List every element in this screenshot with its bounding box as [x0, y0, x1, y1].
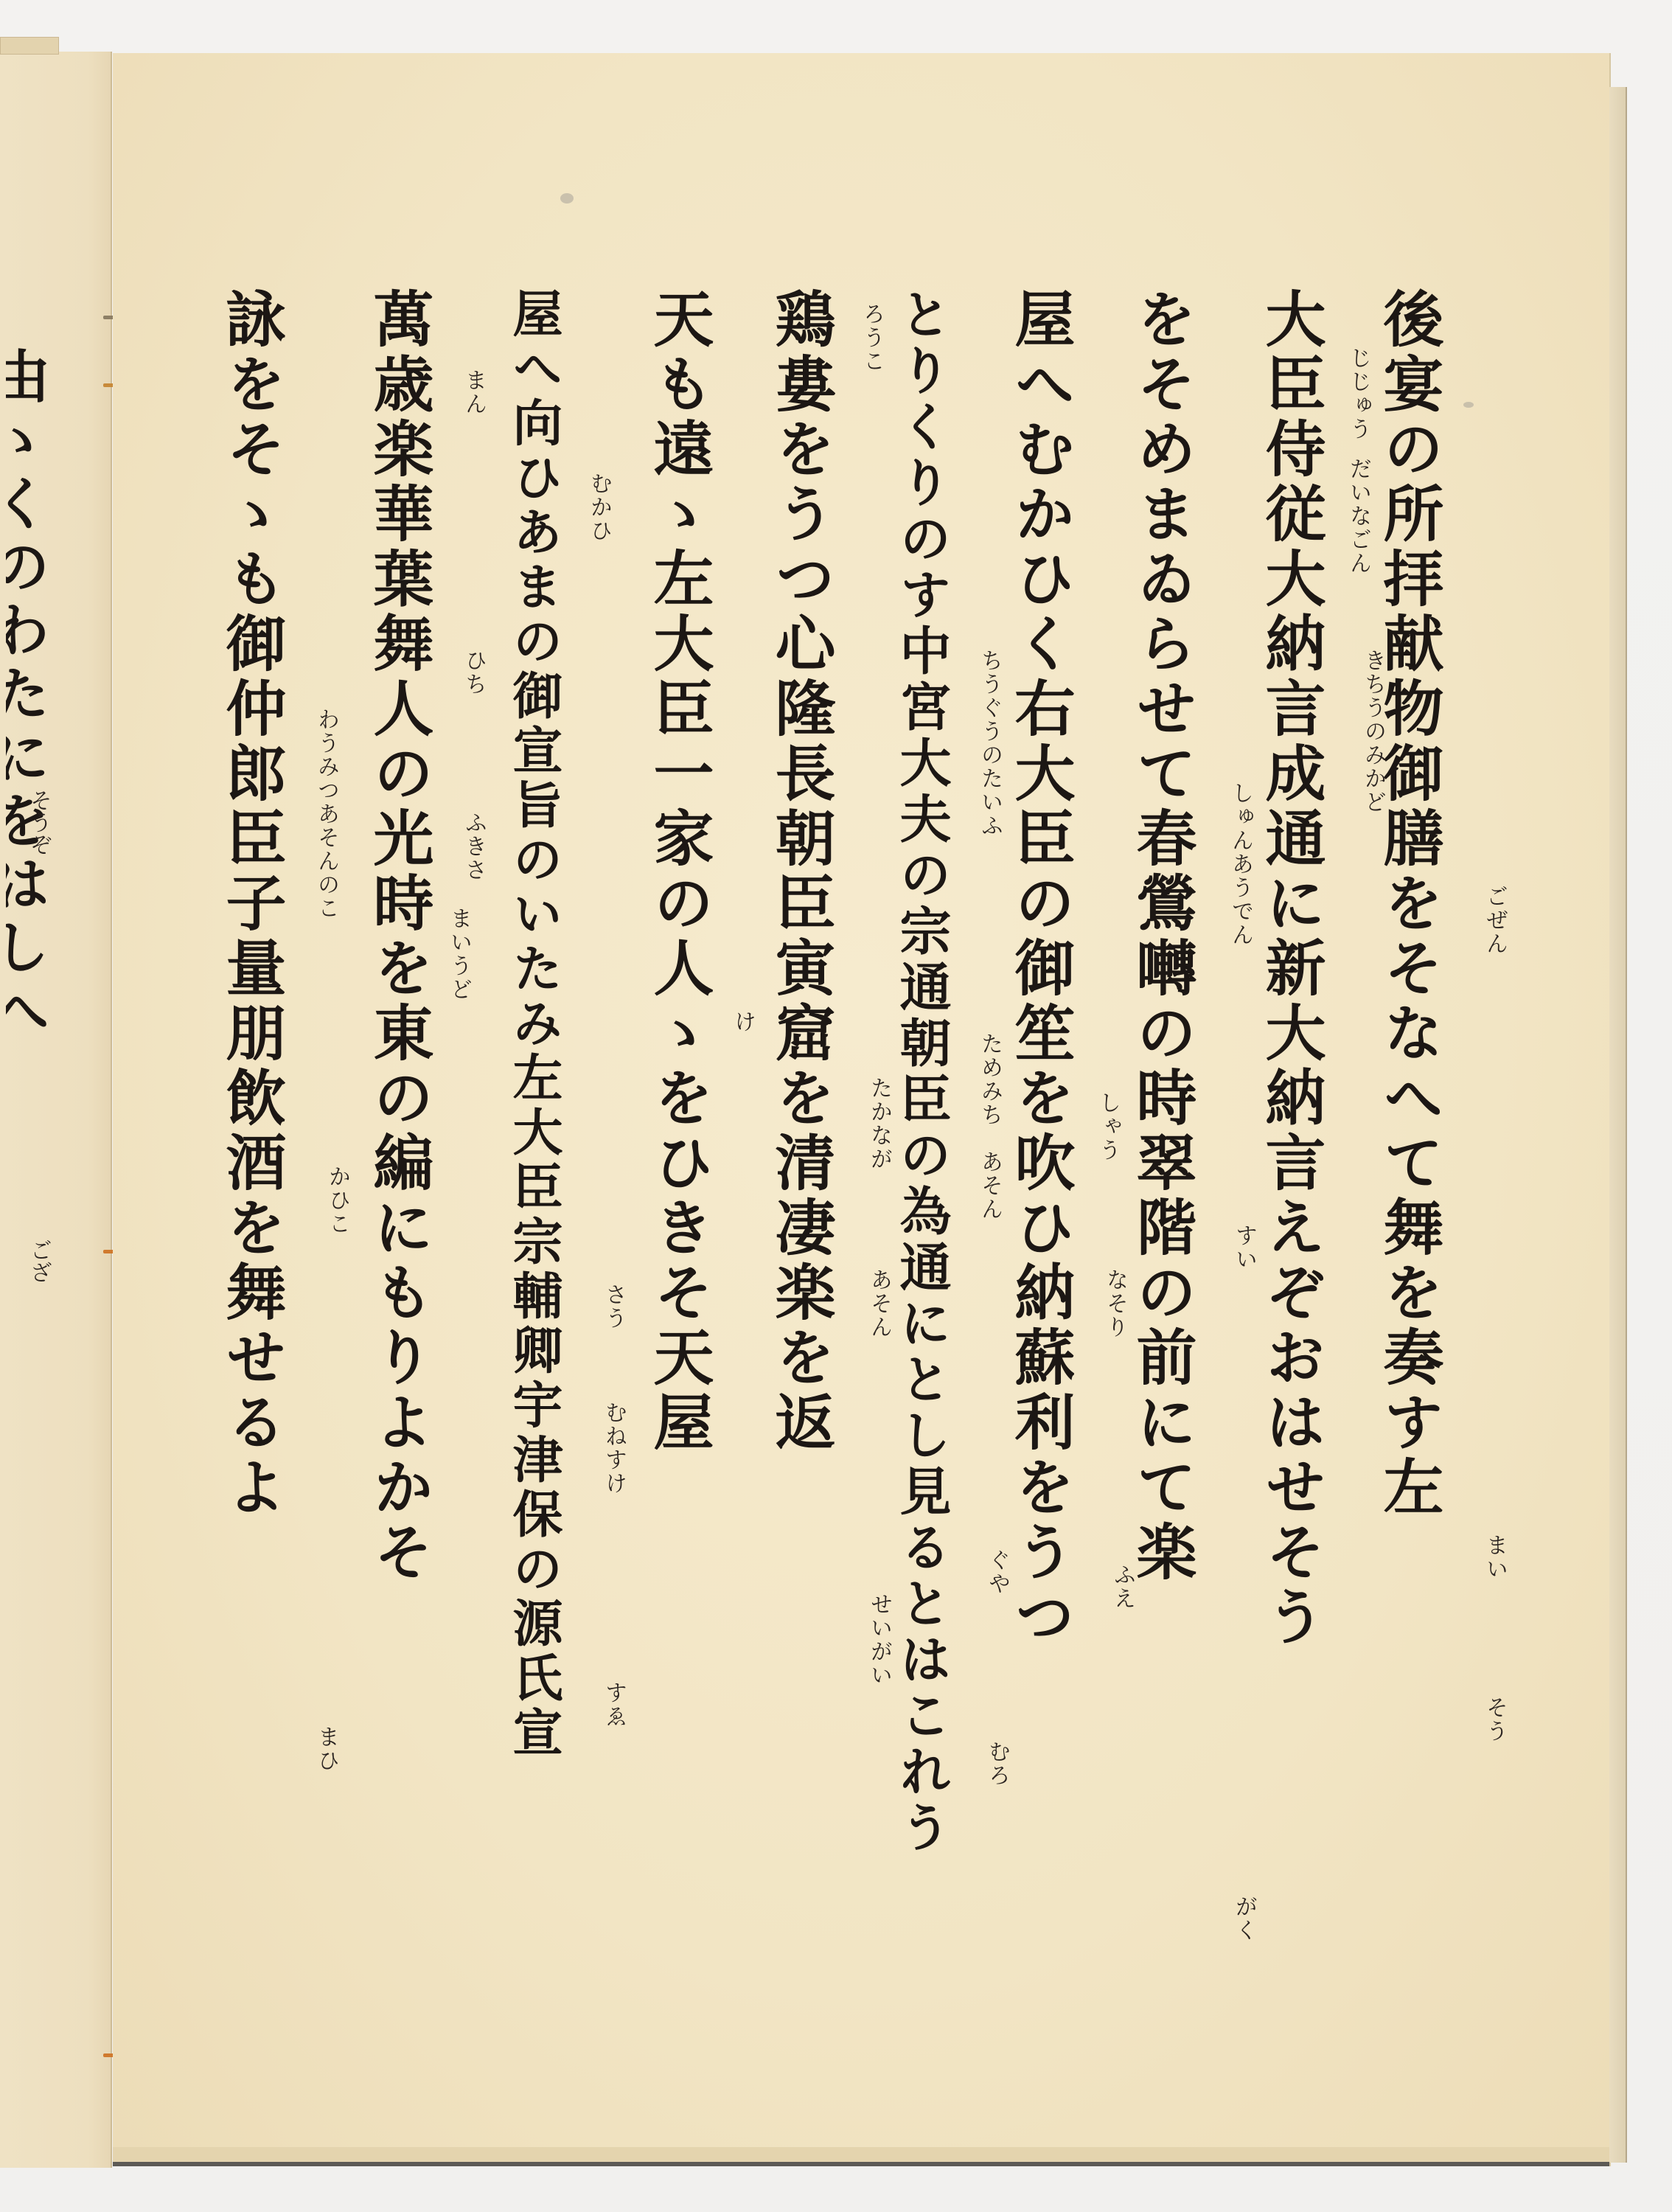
text-column-4: 屋へむかひく右大臣の御笙を吹ひ納蘇利をうつ [1010, 288, 1070, 1650]
text-column-5: とりくりのす中宮大夫の宗通朝臣の為通にとし見るとはこれう [896, 288, 947, 1857]
furigana: なそり [1098, 1268, 1131, 1339]
furigana: しゃう [1091, 1091, 1124, 1162]
furigana: ぐや [980, 1548, 1013, 1596]
page-bottom-edge [113, 2147, 1609, 2162]
text-column-6: 鶏婁をうつ心隆長朝臣寅窟を清凄楽を返 [770, 288, 831, 1455]
furigana: すい [1227, 1224, 1260, 1271]
furigana: わうみつあそんのこ [310, 708, 342, 920]
furigana: あそん [973, 1150, 1006, 1221]
text-column-2: 大臣侍従大納言成通に新大納言えぞおはせそう [1261, 288, 1321, 1650]
furigana: け [726, 1010, 759, 1034]
column-text: 天も遠ゝ左大臣一家の人ゝをひきそ天屋 [644, 288, 714, 1455]
furigana: だいなごん [1342, 457, 1374, 575]
column-text: 屋へ向ひあまの御宣旨のいたみ左大臣宗輔卿宇津保の源氏宣 [504, 288, 563, 1761]
furigana: がく [1227, 1895, 1260, 1942]
left-page-top-edge [0, 37, 59, 55]
column-text: をそめまゐらせて春鶯囀の時翠階の前にて楽 [1126, 288, 1197, 1585]
column-text: 鶏婁をうつ心隆長朝臣寅窟を清凄楽を返 [765, 288, 836, 1455]
furigana: むねすけ [597, 1401, 630, 1495]
furigana: むかひ [582, 472, 615, 543]
foxing-spot [1463, 402, 1474, 408]
column-text: 屋へむかひく右大臣の御笙を吹ひ納蘇利をうつ [1005, 288, 1076, 1650]
page-fore-edge [1609, 87, 1627, 2163]
column-text: 大臣侍従大納言成通に新大納言えぞおはせそう [1255, 288, 1326, 1650]
furigana: ふきさ [457, 811, 490, 882]
furigana: まん [457, 369, 490, 416]
left-page: 由ゝくのわたにをはしへ そうぞ ござ [0, 52, 112, 2168]
foxing-spot [560, 193, 574, 204]
text-column-9: 萬歳楽華葉舞人の光時を東の編にもりよかそ [369, 288, 429, 1585]
text-column-8: 屋へ向ひあまの御宣旨のいたみ左大臣宗輔卿宇津保の源氏宣 [509, 288, 559, 1761]
column-text: とりくりのす中宮大夫の宗通朝臣の為通にとし見るとはこれう [891, 288, 952, 1857]
text-column-3: をそめまゐらせて春鶯囀の時翠階の前にて楽 [1132, 288, 1192, 1585]
furigana: じじゅう [1342, 347, 1374, 441]
furigana: まい [1478, 1534, 1511, 1581]
furigana: ろうこ [855, 302, 888, 373]
left-page-ruby: そうぞ [22, 789, 55, 855]
furigana: さう [597, 1283, 630, 1330]
furigana: むろ [980, 1740, 1013, 1787]
column-text: 萬歳楽華葉舞人の光時を東の編にもりよかそ [363, 288, 434, 1585]
furigana: ためみち [973, 1032, 1006, 1127]
furigana: しゅんあうでん [1224, 782, 1256, 947]
column-text: 詠をそゝも御仲郎臣子量朋飲酒を舞せるよ [216, 288, 287, 1520]
text-column-7: 天も遠ゝ左大臣一家の人ゝをひきそ天屋 [649, 288, 709, 1455]
furigana: かひこ [321, 1165, 353, 1236]
furigana: せいがい [863, 1593, 895, 1687]
left-page-ruby: ござ [22, 1239, 55, 1283]
furigana: たかなが [863, 1077, 895, 1171]
furigana: ふえ [1106, 1563, 1138, 1610]
furigana: ごぜん [1478, 885, 1511, 956]
left-page-column: 由ゝくのわたにをはしへ [6, 347, 58, 2042]
furigana: あそん [863, 1268, 895, 1339]
column-text: 後宴の所拝献物御膳をそなへて舞を奏す左 [1373, 288, 1444, 1520]
text-column-1: 後宴の所拝献物御膳をそなへて舞を奏す左 [1379, 288, 1439, 1520]
furigana: ちうぐうのたいふ [973, 649, 1006, 838]
furigana: まひ [310, 1725, 342, 1773]
furigana: ひち [457, 649, 490, 696]
text-column-10: 詠をそゝも御仲郎臣子量朋飲酒を舞せるよ [221, 288, 282, 1520]
furigana: そう [1478, 1696, 1511, 1743]
furigana: きちうのみかど [1356, 649, 1389, 814]
furigana: すゑ [597, 1681, 630, 1728]
furigana: まいうど [442, 907, 475, 1001]
